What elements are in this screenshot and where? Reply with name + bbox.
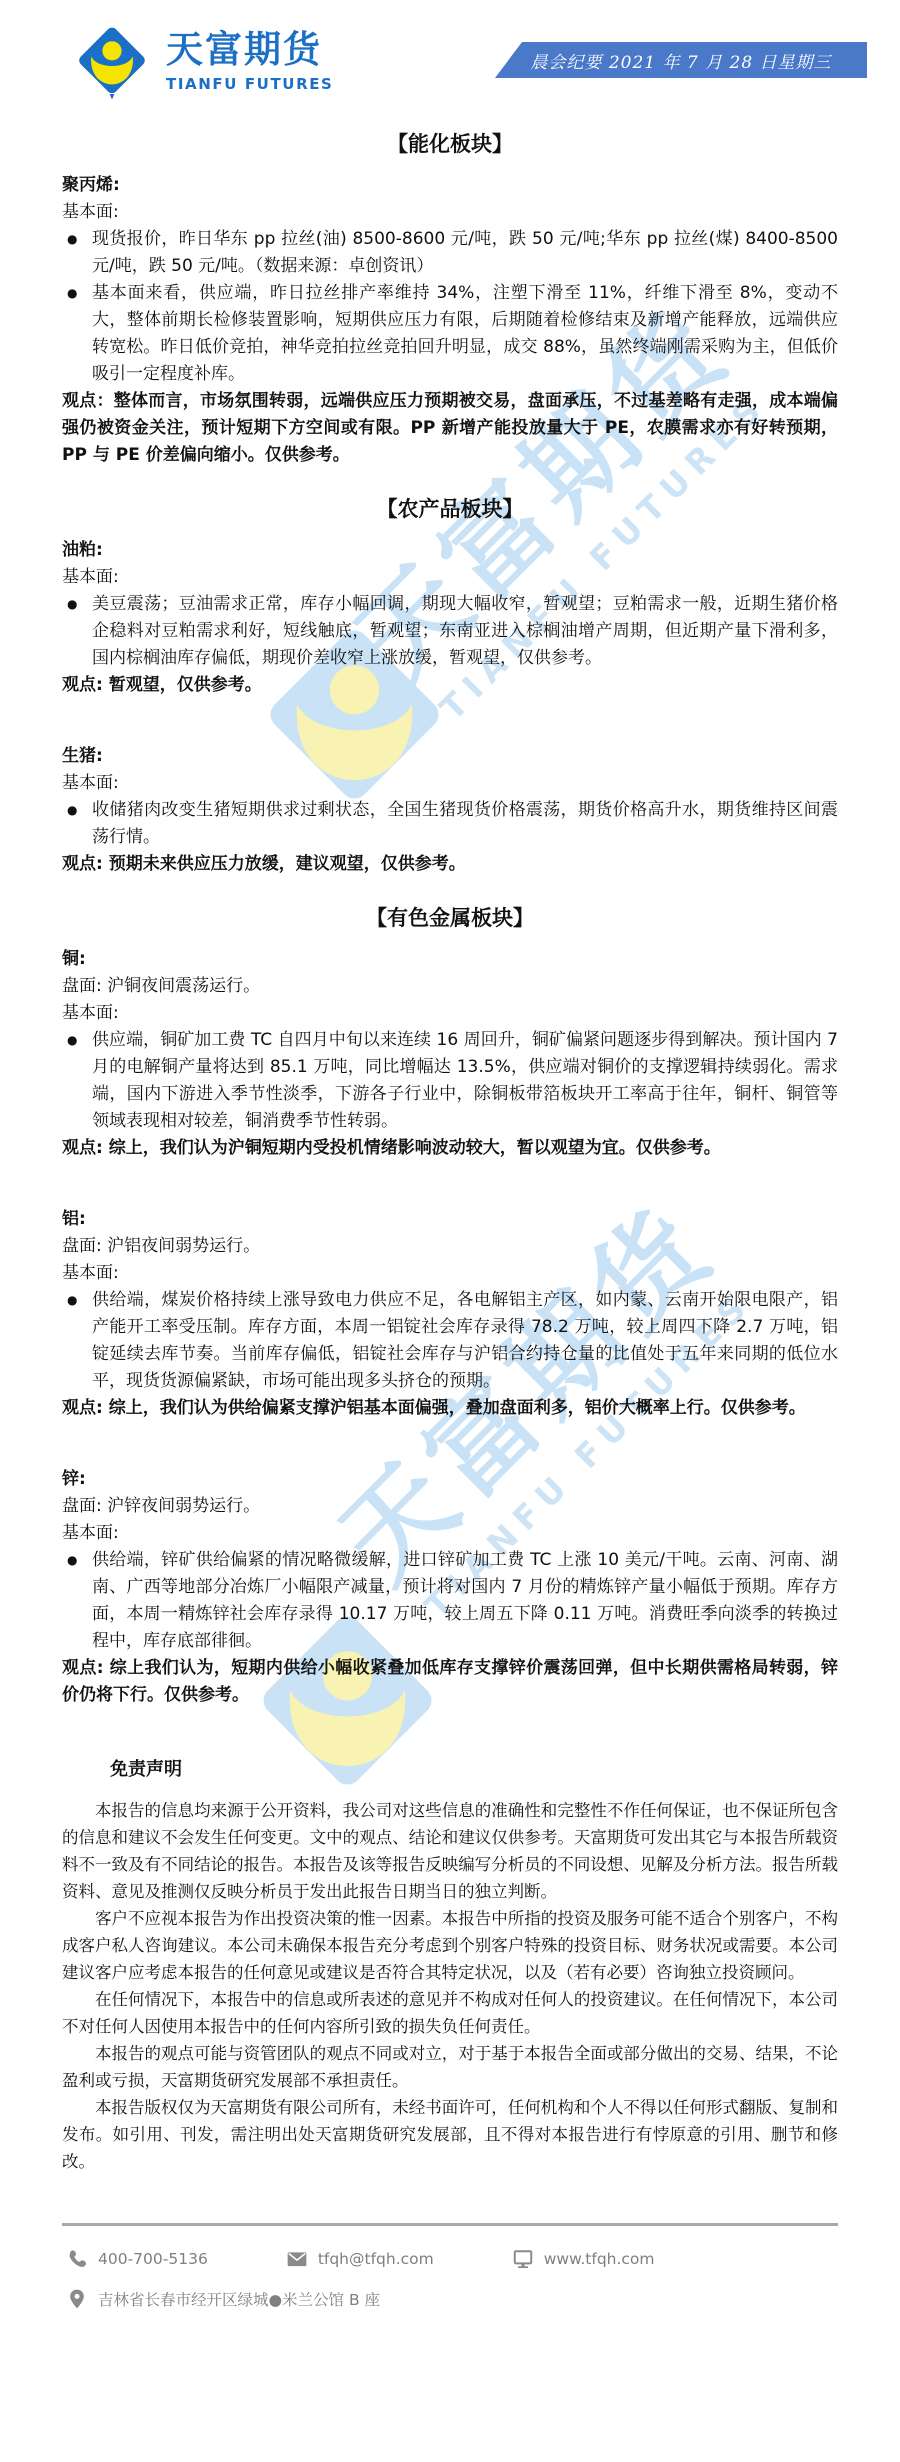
bullet-text: 现货报价，昨日华东 pp 拉丝(油) 8500-8600 元/吨，跌 50 元/…	[92, 226, 838, 280]
report-section: 【能化板块】聚丙烯:基本面:●现货报价，昨日华东 pp 拉丝(油) 8500-8…	[62, 130, 838, 469]
bullet-item: ●供给端，锌矿供给偏紧的情况略微缓解，进口锌矿加工费 TC 上涨 10 美元/干…	[62, 1547, 838, 1655]
contact-row-address: 吉林省长春市经开区绿城●米兰公馆 B 座	[66, 2288, 838, 2310]
section-title: 【农产品板块】	[62, 495, 838, 523]
fundamentals-label: 盘面: 沪铜夜间震荡运行。	[62, 973, 838, 1000]
commodity-block: 铜:盘面: 沪铜夜间震荡运行。基本面:●供应端，铜矿加工费 TC 自四月中旬以来…	[62, 946, 838, 1162]
website-contact: www.tfqh.com	[512, 2248, 655, 2270]
email-contact: tfqh@tfqh.com	[286, 2248, 434, 2270]
bullet-text: 基本面来看，供应端，昨日拉丝排产率维持 34%，注塑下滑至 11%，纤维下滑至 …	[92, 280, 838, 388]
section-title: 【有色金属板块】	[62, 904, 838, 932]
section-title: 【能化板块】	[62, 130, 838, 158]
commodity-name: 铝:	[62, 1206, 838, 1233]
viewpoint-text: 观点：整体而言，市场氛围转弱，远端供应压力预期被交易，盘面承压，不过基差略有走强…	[62, 388, 838, 469]
bullet-text: 收储猪肉改变生猪短期供求过剩状态，全国生猪现货价格震荡，期货价格高升水，期货维持…	[92, 797, 838, 851]
disclaimer-title: 免责声明	[110, 1755, 838, 1781]
date-banner: 晨会纪要 2021 年 7 月 28 日星期三	[495, 42, 867, 78]
viewpoint-text: 观点: 预期未来供应压力放缓，建议观望，仅供参考。	[62, 851, 838, 878]
bullet-item: ●美豆震荡；豆油需求正常，库存小幅回调，期现大幅收窄，暂观望；豆粕需求一般，近期…	[62, 591, 838, 672]
viewpoint-text: 观点: 综上，我们认为供给偏紧支撑沪铝基本面偏强，叠加盘面利多，铝价大概率上行。…	[62, 1395, 838, 1422]
company-name-cn: 天富期货	[166, 31, 333, 68]
commodity-block: 聚丙烯:基本面:●现货报价，昨日华东 pp 拉丝(油) 8500-8600 元/…	[62, 172, 838, 469]
bullet-item: ●供给端，煤炭价格持续上涨导致电力供应不足，各电解铝主产区，如内蒙、云南开始限电…	[62, 1287, 838, 1395]
commodity-block: 锌:盘面: 沪锌夜间弱势运行。基本面:●供给端，锌矿供给偏紧的情况略微缓解，进口…	[62, 1466, 838, 1709]
commodity-name: 聚丙烯:	[62, 172, 838, 199]
bullet-item: ●基本面来看，供应端，昨日拉丝排产率维持 34%，注塑下滑至 11%，纤维下滑至…	[62, 280, 838, 388]
report-section: 【有色金属板块】铜:盘面: 沪铜夜间震荡运行。基本面:●供应端，铜矿加工费 TC…	[62, 904, 838, 1709]
bullet-item: ●供应端，铜矿加工费 TC 自四月中旬以来连续 16 周回升，铜矿偏紧问题逐步得…	[62, 1027, 838, 1135]
phone-number: 400-700-5136	[98, 2250, 208, 2268]
commodity-block: 铝:盘面: 沪铝夜间弱势运行。基本面:●供给端，煤炭价格持续上涨导致电力供应不足…	[62, 1206, 838, 1422]
disclaimer-paragraph: 本报告的观点可能与资管团队的观点不同或对立，对于基于本报告全面或部分做出的交易、…	[62, 2040, 838, 2094]
commodity-block: 生猪:基本面:●收储猪肉改变生猪短期供求过剩状态，全国生猪现货价格震荡，期货价格…	[62, 743, 838, 878]
address-contact: 吉林省长春市经开区绿城●米兰公馆 B 座	[66, 2288, 380, 2310]
bullet-icon: ●	[62, 797, 92, 851]
bullet-icon: ●	[62, 591, 92, 672]
phone-icon	[66, 2248, 88, 2270]
bullet-icon: ●	[62, 280, 92, 388]
disclaimer-paragraph: 本报告版权仅为天富期货有限公司所有，未经书面许可，任何机构和个人不得以任何形式翻…	[62, 2094, 838, 2175]
report-footer: 400-700-5136 tfqh@tfqh.com www.tfqh.com	[62, 2223, 838, 2310]
report-section: 【农产品板块】油粕:基本面:●美豆震荡；豆油需求正常，库存小幅回调，期现大幅收窄…	[62, 495, 838, 878]
fundamentals-label: 基本面:	[62, 1000, 838, 1027]
bullet-icon: ●	[62, 1287, 92, 1395]
bullet-icon: ●	[62, 226, 92, 280]
viewpoint-text: 观点: 暂观望，仅供参考。	[62, 672, 838, 699]
address-text: 吉林省长春市经开区绿城●米兰公馆 B 座	[98, 2288, 380, 2310]
fundamentals-label: 盘面: 沪锌夜间弱势运行。	[62, 1493, 838, 1520]
company-logo-icon	[72, 20, 152, 104]
bullet-item: ●收储猪肉改变生猪短期供求过剩状态，全国生猪现货价格震荡，期货价格高升水，期货维…	[62, 797, 838, 851]
commodity-name: 锌:	[62, 1466, 838, 1493]
viewpoint-text: 观点: 综上我们认为，短期内供给小幅收紧叠加低库存支撑锌价震荡回弹，但中长期供需…	[62, 1655, 838, 1709]
bullet-text: 供给端，锌矿供给偏紧的情况略微缓解，进口锌矿加工费 TC 上涨 10 美元/干吨…	[92, 1547, 838, 1655]
company-name-en: TIANFU FUTURES	[166, 75, 333, 93]
commodity-name: 生猪:	[62, 743, 838, 770]
commodity-name: 铜:	[62, 946, 838, 973]
bullet-text: 供应端，铜矿加工费 TC 自四月中旬以来连续 16 周回升，铜矿偏紧问题逐步得到…	[92, 1027, 838, 1135]
fundamentals-label: 基本面:	[62, 770, 838, 797]
viewpoint-text: 观点: 综上，我们认为沪铜短期内受投机情绪影响波动较大，暂以观望为宜。仅供参考。	[62, 1135, 838, 1162]
disclaimer-paragraph: 客户不应视本报告为作出投资决策的惟一因素。本报告中所指的投资及服务可能不适合个别…	[62, 1905, 838, 1986]
disclaimer-paragraphs: 本报告的信息均来源于公开资料，我公司对这些信息的准确性和完整性不作任何保证，也不…	[62, 1797, 838, 2175]
fundamentals-label: 基本面:	[62, 1520, 838, 1547]
bullet-text: 美豆震荡；豆油需求正常，库存小幅回调，期现大幅收窄，暂观望；豆粕需求一般，近期生…	[92, 591, 838, 672]
fundamentals-label: 盘面: 沪铝夜间弱势运行。	[62, 1233, 838, 1260]
monitor-icon	[512, 2248, 534, 2270]
commodity-block: 油粕:基本面:●美豆震荡；豆油需求正常，库存小幅回调，期现大幅收窄，暂观望；豆粕…	[62, 537, 838, 699]
disclaimer-section: 免责声明 本报告的信息均来源于公开资料，我公司对这些信息的准确性和完整性不作任何…	[0, 1755, 900, 2175]
bullet-text: 供给端，煤炭价格持续上涨导致电力供应不足，各电解铝主产区，如内蒙、云南开始限电限…	[92, 1287, 838, 1395]
commodity-name: 油粕:	[62, 537, 838, 564]
fundamentals-label: 基本面:	[62, 564, 838, 591]
bullet-item: ●现货报价，昨日华东 pp 拉丝(油) 8500-8600 元/吨，跌 50 元…	[62, 226, 838, 280]
email-address: tfqh@tfqh.com	[318, 2250, 434, 2268]
report-body: 【能化板块】聚丙烯:基本面:●现货报价，昨日华东 pp 拉丝(油) 8500-8…	[0, 130, 900, 1709]
report-page: 天富期货 TIANFU FUTURES 天富期货 TIANFU FUTURES	[0, 0, 900, 2462]
phone-contact: 400-700-5136	[66, 2248, 208, 2270]
report-header: 天富期货 TIANFU FUTURES 晨会纪要 2021 年 7 月 28 日…	[0, 0, 900, 120]
envelope-icon	[286, 2248, 308, 2270]
location-pin-icon	[66, 2288, 88, 2310]
company-logo-text: 天富期货 TIANFU FUTURES	[166, 31, 333, 93]
contact-row-primary: 400-700-5136 tfqh@tfqh.com www.tfqh.com	[66, 2248, 838, 2270]
fundamentals-label: 基本面:	[62, 1260, 838, 1287]
disclaimer-paragraph: 本报告的信息均来源于公开资料，我公司对这些信息的准确性和完整性不作任何保证，也不…	[62, 1797, 838, 1905]
disclaimer-paragraph: 在任何情况下，本报告中的信息或所表述的意见并不构成对任何人的投资建议。在任何情况…	[62, 1986, 838, 2040]
bullet-icon: ●	[62, 1547, 92, 1655]
fundamentals-label: 基本面:	[62, 199, 838, 226]
company-logo: 天富期货 TIANFU FUTURES	[72, 20, 333, 104]
bullet-icon: ●	[62, 1027, 92, 1135]
website-url: www.tfqh.com	[544, 2250, 655, 2268]
